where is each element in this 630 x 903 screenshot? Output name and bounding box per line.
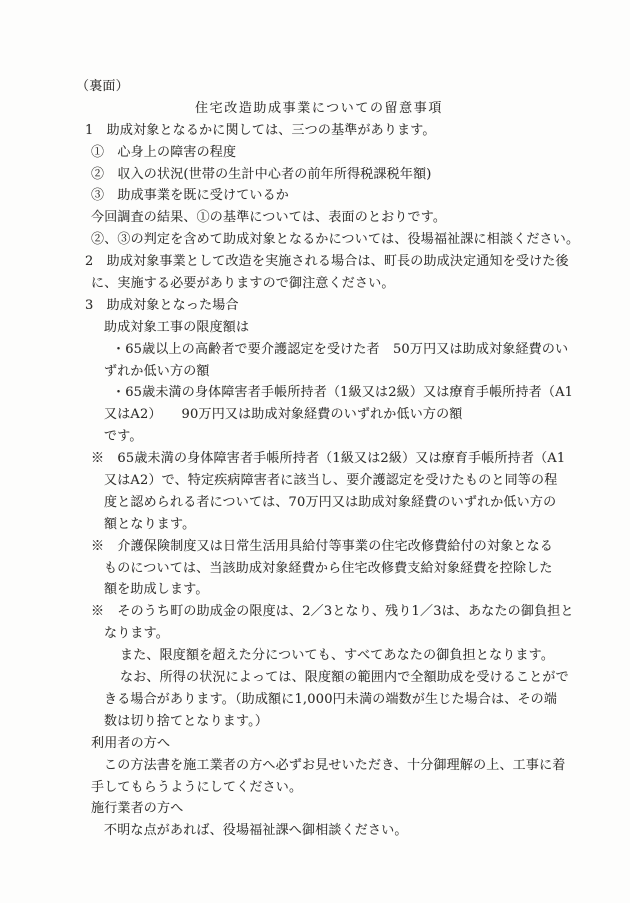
doc-line: 又はA2） 90万円又は助成対象経費のいずれか低い方の額 [76, 404, 572, 426]
note-line: ※ 介護保険制度又は日常生活用具給付等事業の住宅改修費給付の対象となる [76, 536, 572, 558]
doc-line: 額となります。 [76, 514, 572, 536]
doc-line: 助成対象工事の限度額は [76, 317, 572, 339]
doc-line: に、実施する必要がありますので御注意ください。 [76, 273, 572, 295]
back-side-label: （裏面） [76, 76, 572, 98]
doc-line: ②、③の判定を含めて助成対象となるかについては、役場福祉課に相談ください。 [76, 229, 572, 251]
doc-line: 額を助成します。 [76, 579, 572, 601]
doc-line: ものについては、当該助成対象経費から住宅改修費支給対象経費を控除した [76, 558, 572, 580]
doc-line: 数は切り捨てとなります。） [76, 711, 572, 733]
bullet-line: ・65歳未満の身体障害者手帳所持者（1級又は2級）又は療育手帳所持者（A1 [76, 382, 572, 404]
criterion-2-line: ② 収入の状況(世帯の生計中心者の前年所得税課税年額) [76, 164, 572, 186]
contractors-heading: 施行業者の方へ [76, 798, 572, 820]
doc-line: 又はA2）で、特定疾病障害者に該当し、要介護認定を受けたものと同等の程 [76, 470, 572, 492]
doc-line: 今回調査の結果、①の基準については、表面のとおりです。 [76, 207, 572, 229]
doc-line: きる場合があります。（助成額に1,000円未満の端数が生じた場合は、その端 [76, 689, 572, 711]
item-1-heading: 1 助成対象となるかに関しては、三つの基準があります。 [76, 120, 572, 142]
doc-line: ずれか低い方の額 [76, 361, 572, 383]
doc-line: なります。 [76, 623, 572, 645]
doc-line: 度と認められる者については、70万円又は助成対象経費のいずれか低い方の [76, 492, 572, 514]
users-heading: 利用者の方へ [76, 733, 572, 755]
doc-line: 手してもらうようにしてください。 [76, 777, 572, 799]
note-line: ※ そのうち町の助成金の限度は、2／3となり、残り1／3は、あなたの御負担と [76, 601, 572, 623]
note-line: ※ 65歳未満の身体障害者手帳所持者（1級又は2級）又は療育手帳所持者（A1 [76, 448, 572, 470]
bullet-line: ・65歳以上の高齢者で要介護認定を受けた者 50万円又は助成対象経費のい [76, 339, 572, 361]
criterion-1-line: ① 心身上の障害の程度 [76, 142, 572, 164]
document-title: 住宅改造助成事業についての留意事項 [76, 98, 572, 120]
doc-line: この方法書を施工業者の方へ必ずお見せいただき、十分御理解の上、工事に着 [76, 755, 572, 777]
doc-line: です。 [76, 426, 572, 448]
doc-line: なお、所得の状況によっては、限度額の範囲内で全額助成を受けることがで [76, 667, 572, 689]
scanned-document-page: （裏面） 住宅改造助成事業についての留意事項 1 助成対象となるかに関しては、三… [0, 0, 630, 903]
doc-line: 不明な点があれば、役場福祉課へ御相談ください。 [76, 820, 572, 842]
item-3-heading: 3 助成対象となった場合 [76, 295, 572, 317]
document-body: （裏面） 住宅改造助成事業についての留意事項 1 助成対象となるかに関しては、三… [76, 76, 572, 842]
doc-line: また、限度額を超えた分についても、すべてあなたの御負担となります。 [76, 645, 572, 667]
item-2-heading: 2 助成対象事業として改造を実施される場合は、町長の助成決定通知を受けた後 [76, 251, 572, 273]
criterion-3-line: ③ 助成事業を既に受けているか [76, 185, 572, 207]
